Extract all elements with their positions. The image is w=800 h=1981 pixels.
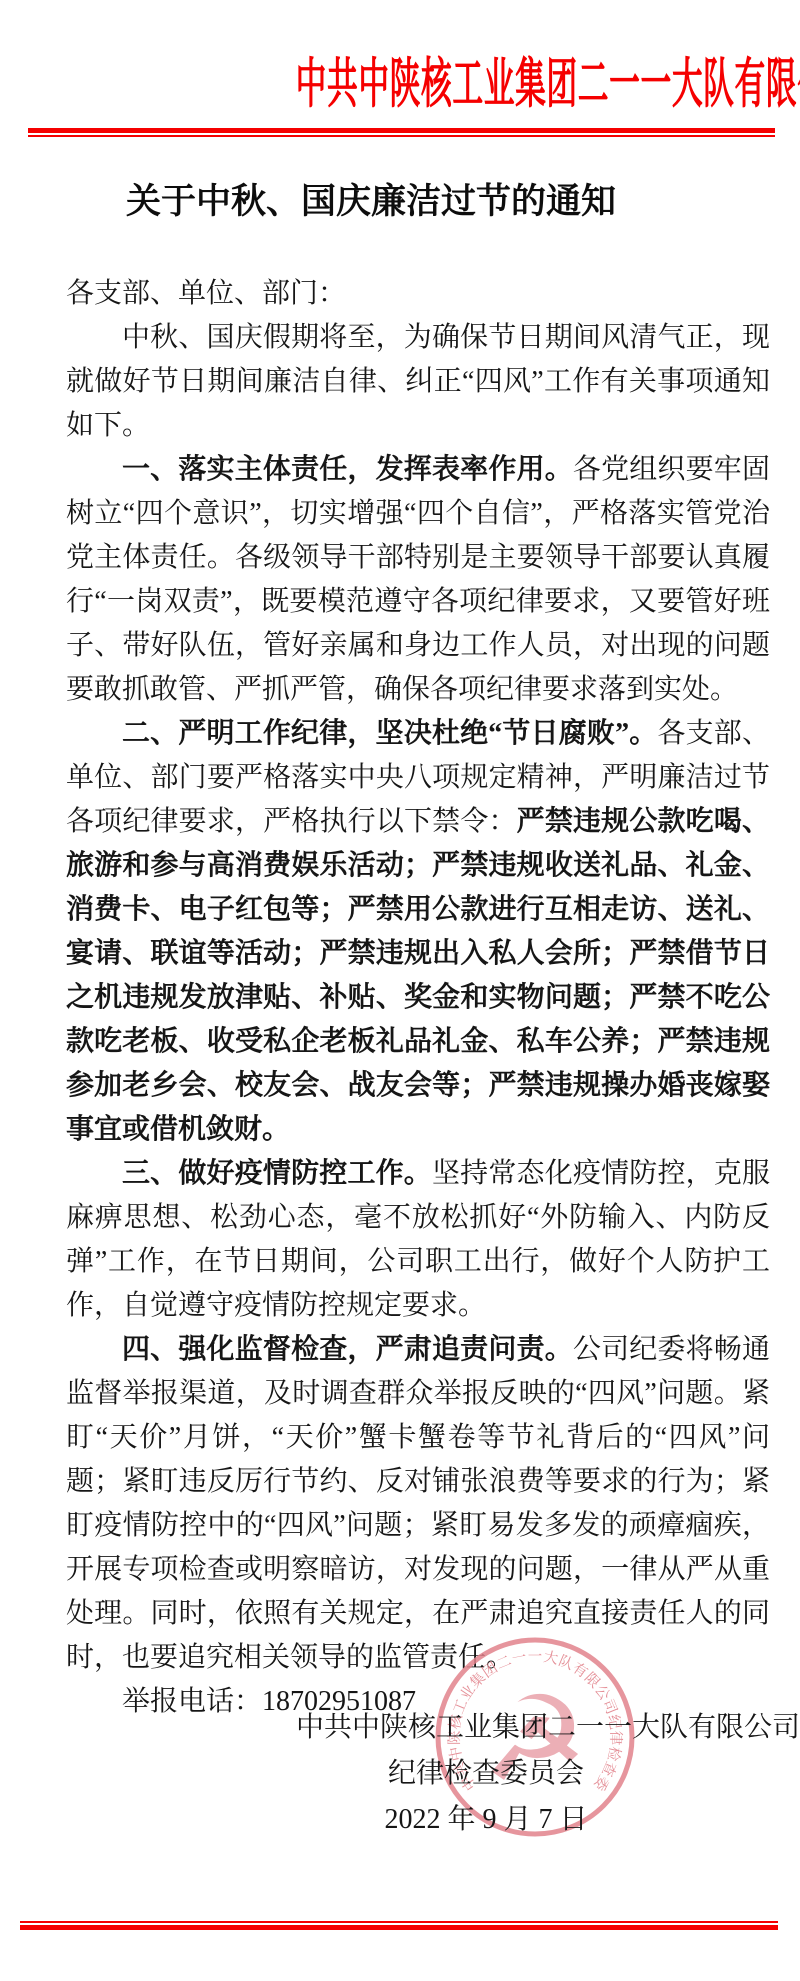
divider-thick-line bbox=[28, 128, 775, 133]
paragraph: 四、强化监督检查，严肃追责问责。公司纪委将畅通监督举报渠道，及时调查群众举报反映… bbox=[66, 1328, 770, 1680]
paragraph: 一、落实主体责任，发挥表率作用。各党组织要牢固树立“四个意识”，切实增强“四个自… bbox=[66, 448, 770, 712]
text-run: 各党组织要牢固树立“四个意识”，切实增强“四个自信”，严格落实管党治党主体责任。… bbox=[66, 454, 770, 705]
bold-run: 严禁违规公款吃喝、旅游和参与高消费娱乐活动；严禁违规收送礼品、礼金、消费卡、电子… bbox=[66, 806, 770, 1145]
document-body: 各支部、单位、部门： 中秋、国庆假期将至，为确保节日期间风清气正，现就做好节日期… bbox=[66, 272, 770, 1724]
signature-org-line1: 中共中陕核工业集团二一一大队有限公司 bbox=[296, 1705, 676, 1751]
signature-block: 中共中陕核工业集团二一一大队有限公司 纪律检查委员会 2022 年 9 月 7 … bbox=[296, 1705, 676, 1843]
bold-run: 二、严明工作纪律，坚决杜绝“节日腐败”。 bbox=[122, 718, 657, 749]
divider-thin-line bbox=[28, 135, 775, 137]
bold-run: 三、做好疫情防控工作。 bbox=[122, 1158, 432, 1189]
masthead-org-name: 中共中陕核工业集团二一一大队有限公司纪律检查委员会 bbox=[296, 54, 800, 114]
bold-run: 一、落实主体责任，发挥表率作用。 bbox=[122, 454, 573, 485]
footer-divider-rule bbox=[20, 1921, 778, 1930]
signature-date: 2022 年 9 月 7 日 bbox=[296, 1797, 676, 1843]
text-run: 公司纪委将畅通监督举报渠道，及时调查群众举报反映的“四风”问题。紧盯“天价”月饼… bbox=[66, 1334, 770, 1673]
bold-run: 四、强化监督检查，严肃追责问责。 bbox=[122, 1334, 573, 1365]
masthead-divider-rule bbox=[28, 128, 775, 137]
footer-thick-line bbox=[20, 1925, 778, 1930]
salutation: 各支部、单位、部门： bbox=[66, 272, 770, 316]
paragraph: 三、做好疫情防控工作。坚持常态化疫情防控，克服麻痹思想、松劲心态，毫不放松抓好“… bbox=[66, 1152, 770, 1328]
footer-thin-line bbox=[20, 1921, 778, 1923]
text-run: 中秋、国庆假期将至，为确保节日期间风清气正，现就做好节日期间廉洁自律、纠正“四风… bbox=[66, 322, 770, 441]
page-title: 关于中秋、国庆廉洁过节的通知 bbox=[0, 182, 742, 222]
masthead: 中共中陕核工业集团二一一大队有限公司纪律检查委员会 bbox=[0, 54, 800, 116]
notice-document-page: 中共中陕核工业集团二一一大队有限公司纪律检查委员会 关于中秋、国庆廉洁过节的通知… bbox=[0, 0, 800, 1981]
paragraph: 二、严明工作纪律，坚决杜绝“节日腐败”。各支部、单位、部门要严格落实中央八项规定… bbox=[66, 712, 770, 1152]
signature-org-line2: 纪律检查委员会 bbox=[296, 1751, 676, 1797]
paragraph: 中秋、国庆假期将至，为确保节日期间风清气正，现就做好节日期间廉洁自律、纠正“四风… bbox=[66, 316, 770, 448]
